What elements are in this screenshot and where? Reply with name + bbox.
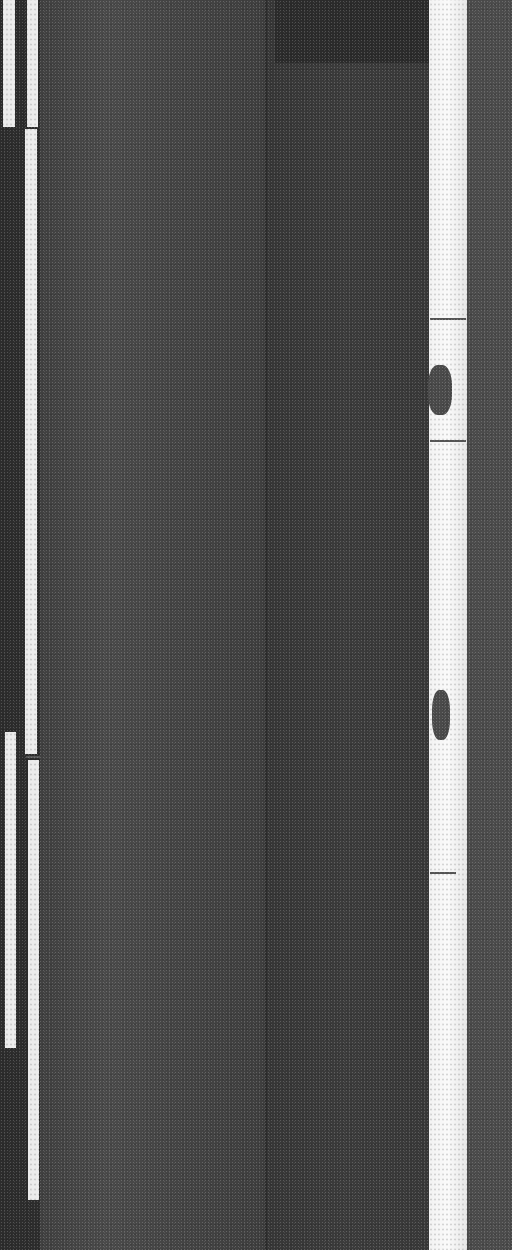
edge-line-wear (432, 690, 450, 740)
dash-crack (26, 756, 40, 758)
lane-1-asphalt (40, 0, 265, 1250)
left-dash-marking (25, 129, 37, 754)
edge-line-crack (430, 318, 466, 320)
lane-2-asphalt (265, 0, 430, 1250)
left-dash-marking (5, 732, 16, 1048)
shoulder-asphalt (467, 0, 512, 1250)
edge-line-crack (430, 440, 466, 442)
left-dash-marking (27, 0, 38, 127)
edge-line-wear (428, 365, 452, 415)
solid-white-edge-line (429, 0, 467, 1250)
left-dash-marking (3, 0, 15, 127)
road-surface-image (0, 0, 512, 1250)
dark-asphalt-patch (275, 0, 430, 63)
edge-line-crack (430, 872, 456, 874)
lane-seam (265, 0, 267, 1250)
left-dash-marking (28, 760, 39, 1200)
